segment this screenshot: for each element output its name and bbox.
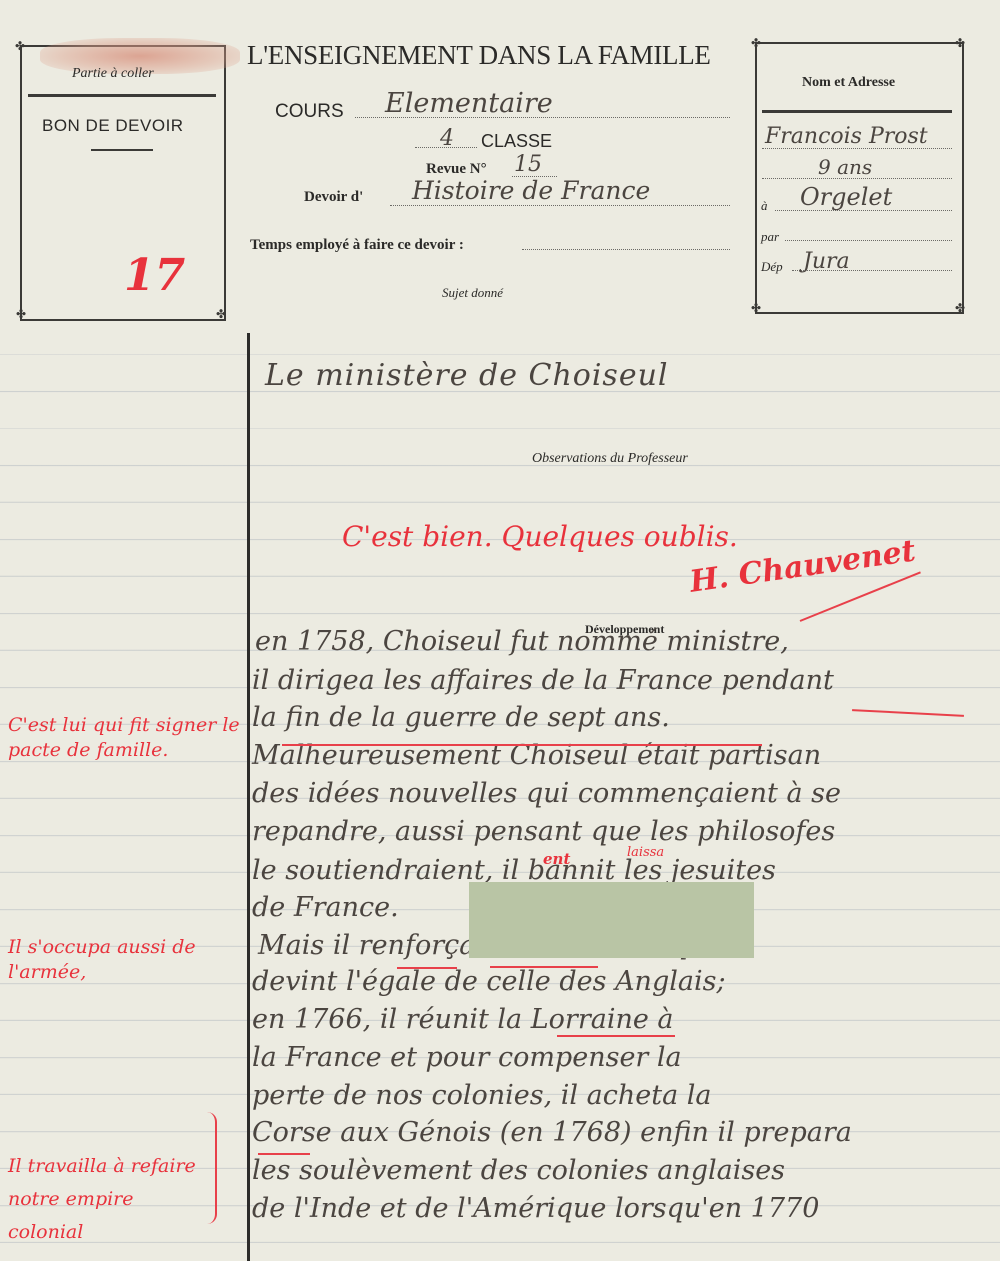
par-label: par — [761, 229, 779, 245]
essay-line: de l'Inde et de l'Amérique lorsqu'en 177… — [252, 1193, 819, 1224]
essay-line: en 1766, il réunit la Lorraine à — [252, 1004, 674, 1035]
cours-value: Elementaire — [385, 88, 553, 119]
corner-ornament-icon: ✤ — [751, 302, 761, 314]
title-underline — [91, 149, 153, 151]
devoir-value: Histoire de France — [412, 176, 650, 205]
essay-line: la fin de la guerre de sept ans. — [252, 702, 670, 733]
cours-label: COURS — [275, 101, 344, 123]
subject-title: Le ministère de Choiseul — [265, 358, 669, 393]
essay-line: les soulèvement des colonies anglaises — [252, 1155, 785, 1186]
address-divider — [762, 110, 952, 113]
correction-ent: ent — [543, 850, 570, 868]
corner-ornament-icon: ✤ — [955, 37, 965, 49]
town: Orgelet — [800, 183, 892, 211]
page-title: L'ENSEIGNEMENT DANS LA FAMILLE — [247, 40, 711, 71]
observations-label: Observations du Professeur — [532, 451, 688, 467]
essay-line: Corse aux Génois (en 1768) enfin il prep… — [252, 1117, 852, 1148]
student-age: 9 ans — [818, 155, 872, 179]
essay-line: la France et pour compenser la — [252, 1042, 682, 1073]
essay-line: il dirigea les affaires de la France pen… — [252, 665, 834, 696]
bon-de-devoir-box — [20, 45, 226, 321]
sujet-label: Sujet donné — [442, 285, 503, 301]
bon-de-devoir-title: BON DE DEVOIR — [42, 116, 184, 136]
essay-line: perte de nos colonies, il acheta la — [252, 1080, 712, 1111]
margin-note: C'est lui qui fit signer le pacte de fam… — [8, 713, 248, 763]
temps-label: Temps employé à faire ce devoir : — [250, 237, 464, 254]
correction-laissa: laissa — [627, 845, 664, 860]
essay-line: repandre, aussi pensant que les philosof… — [252, 816, 835, 847]
devoir-label: Devoir d' — [304, 189, 363, 206]
essay-line: devint l'égale de celle des Anglais; — [252, 966, 726, 997]
margin-note: Il travailla à refaire notre empire colo… — [8, 1150, 213, 1249]
partie-a-coller-label: Partie à coller — [72, 66, 154, 82]
revue-number: 15 — [514, 152, 542, 177]
dep-label: Dép — [761, 259, 783, 275]
corner-ornament-icon: ✤ — [15, 40, 25, 52]
underline-correction — [282, 744, 762, 746]
grade: 17 — [124, 250, 185, 301]
address-box-title: Nom et Adresse — [802, 75, 895, 91]
departement: Jura — [803, 249, 850, 274]
classe-label: CLASSE — [481, 131, 552, 152]
temps-field-line[interactable] — [522, 249, 730, 250]
essay-line: des idées nouvelles qui commençaient à s… — [252, 778, 841, 809]
underline-correction — [557, 1035, 675, 1037]
essay-line: de France. — [252, 892, 399, 923]
essay-line: en 1758, Choiseul fut nommé ministre, — [255, 626, 789, 657]
margin-note: Il s'occupa aussi de l'armée, — [8, 935, 248, 985]
margin-bracket — [207, 1112, 217, 1224]
margin-rule — [247, 333, 250, 1261]
partie-divider — [28, 94, 216, 97]
par-field-line — [785, 240, 952, 241]
underline-correction — [397, 967, 457, 969]
teacher-comment: C'est bien. Quelques oublis. — [342, 520, 738, 553]
classe-number: 4 — [440, 126, 454, 151]
underline-correction — [490, 966, 598, 968]
student-name: Francois Prost — [765, 124, 928, 149]
corner-ornament-icon: ✤ — [751, 37, 761, 49]
corner-ornament-icon: ✤ — [16, 308, 26, 320]
corner-ornament-icon: ✤ — [216, 308, 226, 320]
a-label: à — [761, 198, 768, 214]
pasted-paper-patch — [469, 882, 754, 958]
underline-correction — [258, 1153, 310, 1155]
devoir-field-line — [390, 205, 730, 206]
corner-ornament-icon: ✤ — [955, 302, 965, 314]
